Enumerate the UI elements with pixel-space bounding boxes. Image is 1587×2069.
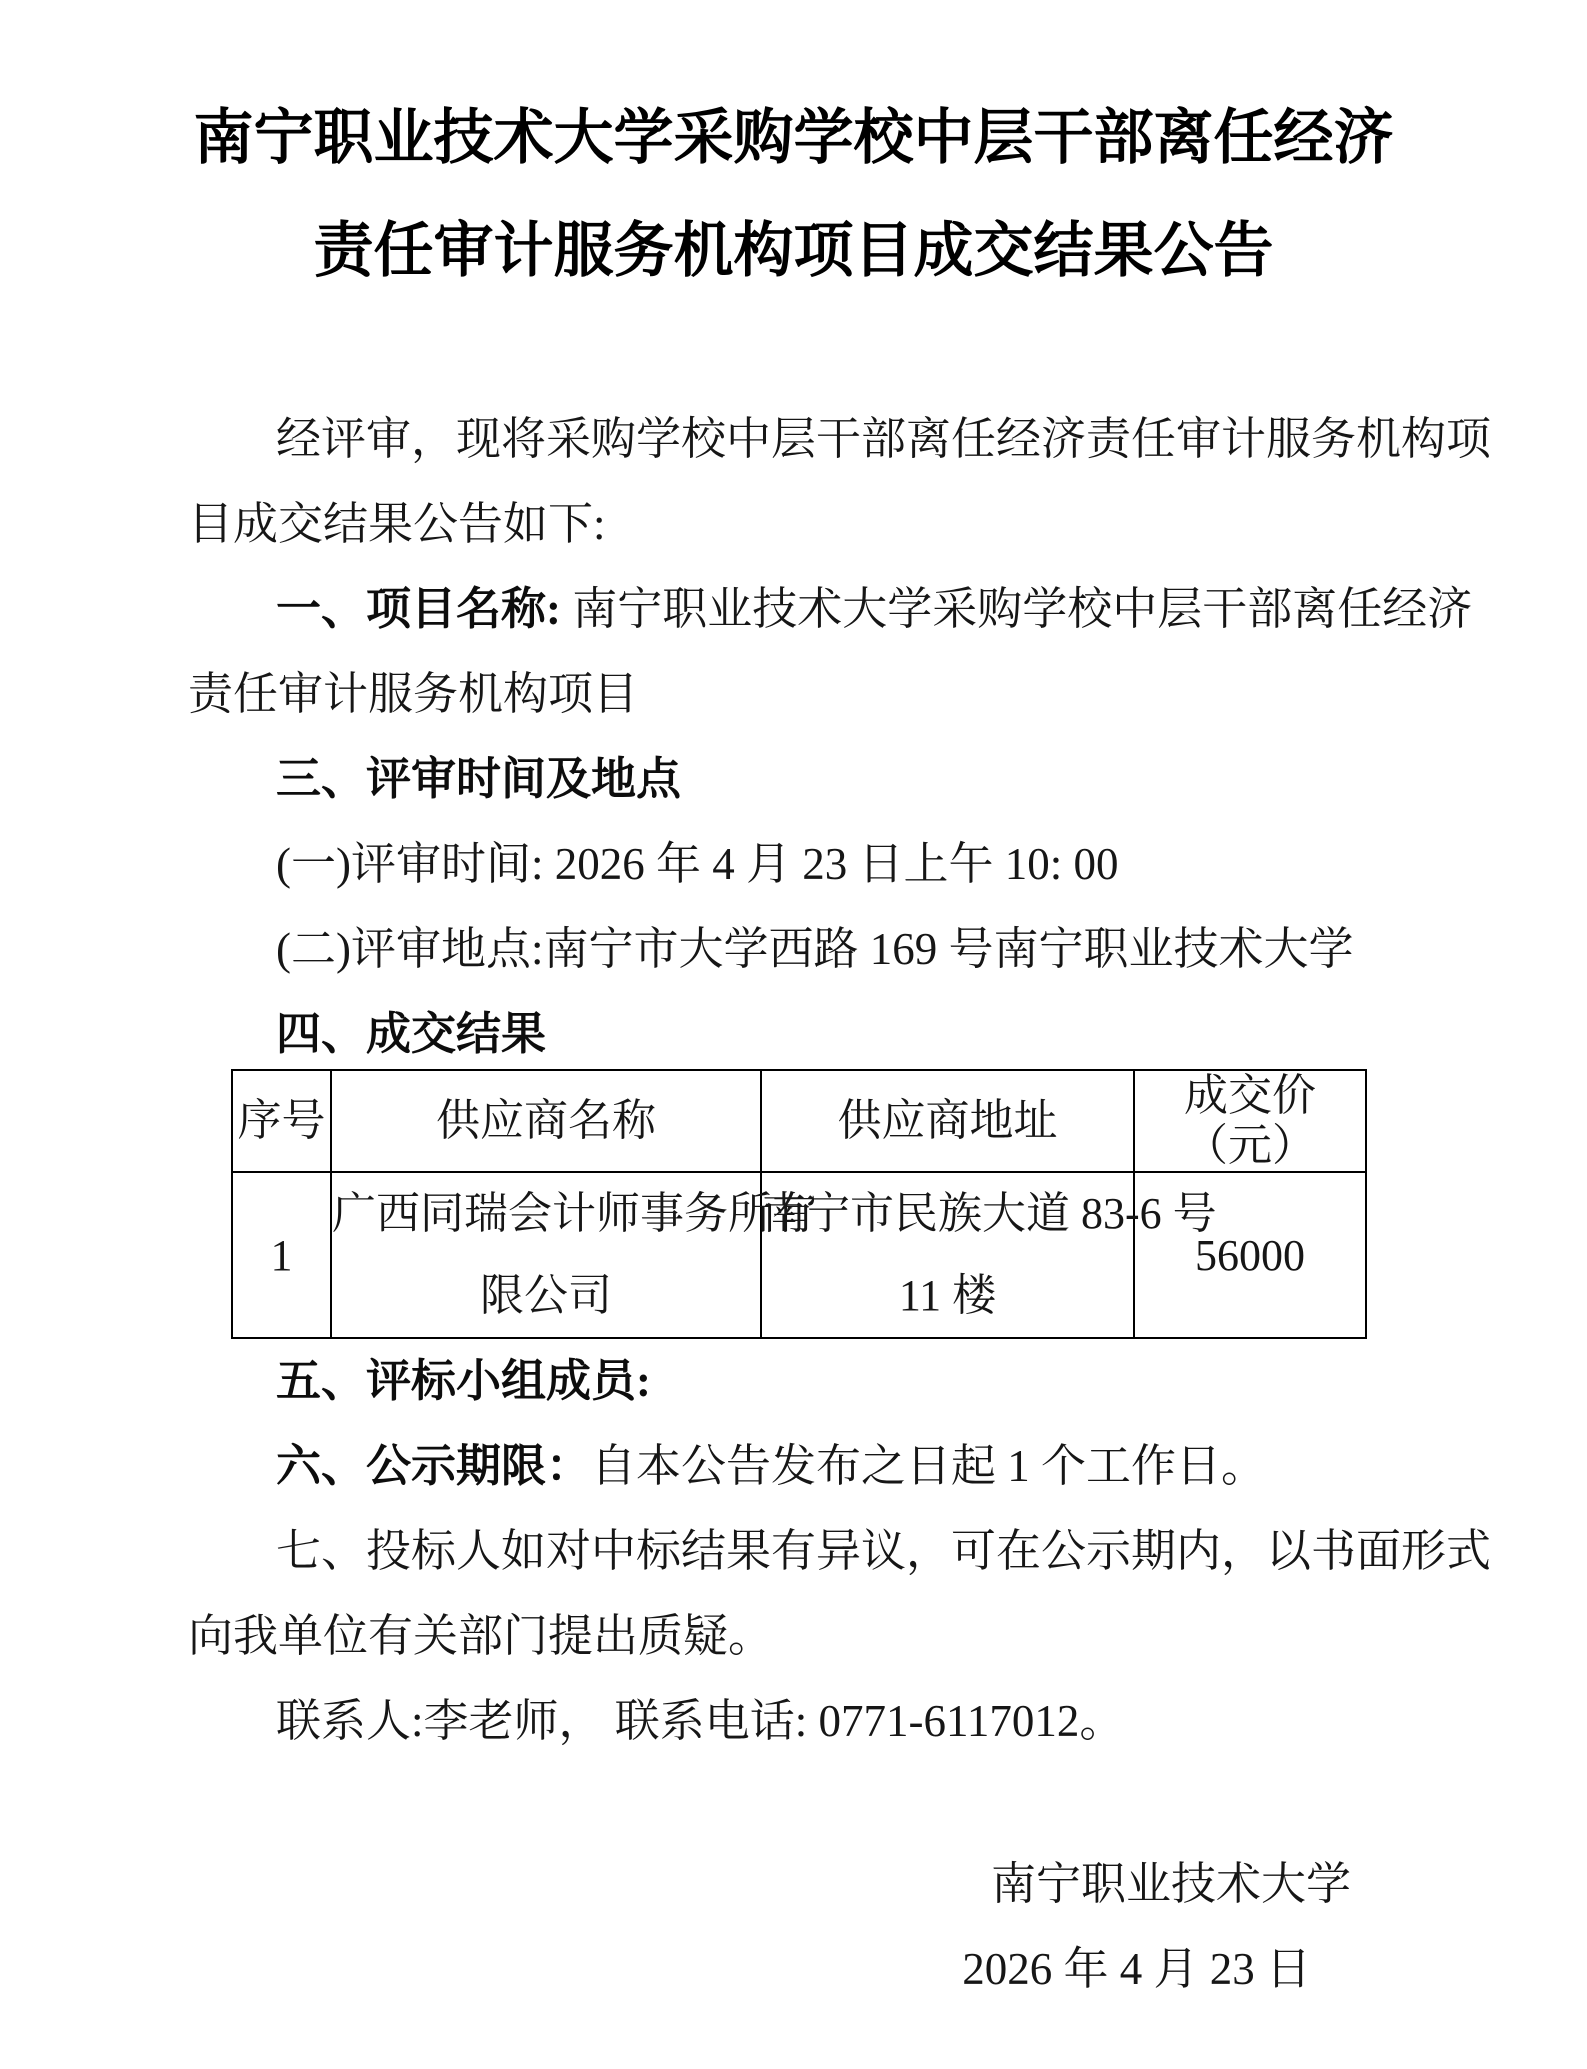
section-1-text: 南宁职业技术大学采购学校中层干部离任经济 <box>561 584 1472 634</box>
review-place-line: (二)评审地点:南宁市大学西路 169 号南宁职业技术大学 <box>188 907 1437 992</box>
cell-supplier-name: 广西同瑞会计师事务所有 限公司 <box>331 1172 761 1338</box>
header-supplier-name: 供应商名称 <box>331 1070 761 1172</box>
signature-org: 南宁职业技术大学 <box>0 1842 1351 1927</box>
section-4-heading: 四、成交结果 <box>276 1009 546 1059</box>
title-line-2: 责任审计服务机构项目成交结果公告 <box>0 195 1587 308</box>
table-row: 1 广西同瑞会计师事务所有 限公司 南宁市民族大道 83-6 号 11 楼 56… <box>232 1172 1366 1338</box>
review-time-line: (一)评审时间: 2026 年 4 月 23 日上午 10: 00 <box>188 822 1437 907</box>
document-body: 经评审，现将采购学校中层干部离任经济责任审计服务机构项 目成交结果公告如下: 一… <box>0 397 1587 1764</box>
supplier-name-line-2: 限公司 <box>332 1255 760 1337</box>
section-6-heading: 六、公示期限： <box>276 1441 591 1491</box>
supplier-name-line-1: 广西同瑞会计师事务所有 <box>332 1173 760 1255</box>
section-5-heading: 五、评标小组成员: <box>276 1356 651 1406</box>
supplier-address-line-2: 11 楼 <box>762 1255 1133 1337</box>
section-7-line-1: 七、投标人如对中标结果有异议，可在公示期内，以书面形式 <box>188 1509 1437 1594</box>
cell-supplier-address: 南宁市民族大道 83-6 号 11 楼 <box>761 1172 1134 1338</box>
contact-line: 联系人:李老师， 联系电话: 0771-6117012。 <box>188 1679 1437 1764</box>
header-deal-price: 成交价（元） <box>1134 1070 1366 1172</box>
result-table: 序号 供应商名称 供应商地址 成交价（元） 1 广西同瑞会计师事务所有 限公司 … <box>231 1069 1367 1339</box>
section-3-heading: 三、评审时间及地点 <box>276 754 681 804</box>
cell-seq-no: 1 <box>232 1172 331 1338</box>
section-3-heading-line: 三、评审时间及地点 <box>188 737 1437 822</box>
section-6-text: 自本公告发布之日起 1 个工作日。 <box>591 1441 1266 1491</box>
header-supplier-address: 供应商地址 <box>761 1070 1134 1172</box>
supplier-address-line-1: 南宁市民族大道 83-6 号 <box>762 1173 1133 1255</box>
intro-line-1: 经评审，现将采购学校中层干部离任经济责任审计服务机构项 <box>188 397 1437 482</box>
intro-line-2: 目成交结果公告如下: <box>188 482 1437 567</box>
signature-date: 2026 年 4 月 23 日 <box>0 1927 1351 2012</box>
document-title: 南宁职业技术大学采购学校中层干部离任经济 责任审计服务机构项目成交结果公告 <box>0 82 1587 308</box>
section-5-heading-line: 五、评标小组成员: <box>188 1339 1437 1424</box>
header-seq-no: 序号 <box>232 1070 331 1172</box>
section-7-line-2: 向我单位有关部门提出质疑。 <box>188 1594 1437 1679</box>
section-1-heading: 一、项目名称: <box>276 584 561 634</box>
title-line-1: 南宁职业技术大学采购学校中层干部离任经济 <box>0 82 1587 195</box>
section-4-heading-line: 四、成交结果 <box>188 992 1437 1077</box>
table-header-row: 序号 供应商名称 供应商地址 成交价（元） <box>232 1070 1366 1172</box>
section-6-publicity-line: 六、公示期限：自本公告发布之日起 1 个工作日。 <box>188 1424 1437 1509</box>
announcement-page: 南宁职业技术大学采购学校中层干部离任经济 责任审计服务机构项目成交结果公告 经评… <box>0 0 1587 2069</box>
section-1-continuation: 责任审计服务机构项目 <box>188 652 1437 737</box>
section-1-project-name: 一、项目名称: 南宁职业技术大学采购学校中层干部离任经济 <box>188 567 1437 652</box>
signature-block: 南宁职业技术大学 2026 年 4 月 23 日 <box>0 1842 1587 2012</box>
